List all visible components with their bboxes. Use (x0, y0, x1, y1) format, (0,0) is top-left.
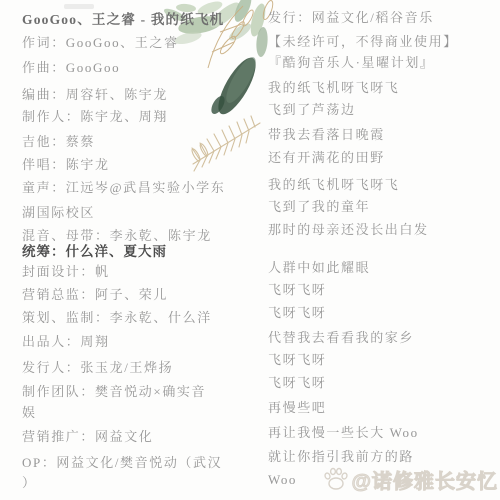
credit-line-marketing-director: 营销总监：阿子、荣儿 (22, 287, 168, 303)
lyric-line: 就让你指引我前方的路 (268, 449, 414, 465)
credit-line-child-voice-2: 湖国际校区 (22, 205, 95, 221)
credit-line-guitar: 吉他：蔡蔡 (22, 134, 95, 150)
lyric-line: 飞呀飞呀 (268, 305, 326, 321)
lyric-line: 还有开满花的田野 (268, 150, 385, 166)
song-credits-page: GooGoo、王之睿 - 我的纸飞机 作词：GooGoo、王之睿 作曲：GooG… (0, 0, 500, 500)
watermark: @诺修雅长安忆 (323, 464, 498, 494)
lyric-line: 我的纸飞机呀飞呀飞 (268, 177, 399, 193)
gold-fern-illustration (191, 116, 260, 171)
lyric-line: Woo (268, 472, 297, 488)
lyric-line: 再慢些吧 (268, 400, 326, 416)
credit-line-backing-vocal: 伴唱：陈宇龙 (22, 157, 110, 173)
smudge-mark (64, 4, 94, 9)
lyric-line: 飞到了我的童年 (268, 199, 370, 215)
credit-line-composer: 作曲：GooGoo (22, 60, 120, 76)
watermark-text: @诺修雅长安忆 (351, 465, 498, 494)
credit-line-child-voice: 童声：江远岑@武昌实验小学东 (22, 180, 225, 196)
lyric-line: 我的纸飞机呀飞呀飞 (268, 80, 399, 96)
paw-icon (323, 467, 349, 491)
credit-line-presenter: 出品人：周翔 (22, 334, 110, 350)
credit-line-lyricist: 作词：GooGoo、王之睿 (22, 35, 179, 51)
credit-line-coordinator: 统筹：什么洋、夏大雨 (22, 244, 167, 260)
lyric-line: 飞呀飞呀 (268, 282, 326, 298)
lyric-line: 飞呀飞呀 (268, 375, 326, 391)
credit-line-team-2: 娱 (22, 405, 37, 421)
lyric-line: 人群中如此耀眼 (268, 260, 370, 276)
song-title: GooGoo、王之睿 - 我的纸飞机 (22, 12, 224, 28)
lyric-line: 代替我去看看我的家乡 (268, 330, 414, 346)
gold-twig-illustration (208, 0, 275, 68)
program-badge: 『酷狗音乐人·星曜计划』 (268, 55, 435, 71)
lyric-line: 那时的母亲还没长出白发 (268, 222, 429, 238)
credit-line-producer: 制作人：陈宇龙、周翔 (22, 109, 168, 125)
credit-line-promotion: 营销推广：网益文化 (22, 429, 153, 445)
credit-line-op: OP：网益文化/樊音悦动（武汉 (22, 455, 222, 471)
credit-line-cover-design: 封面设计：帆 (22, 264, 110, 280)
dark-leaf-illustration (209, 53, 263, 119)
credit-line-arranger: 编曲：周容轩、陈宇龙 (22, 87, 168, 103)
credit-line-publisher: 发行人：张玉龙/王烨扬 (22, 360, 173, 376)
credit-line-op-2: ） (22, 475, 37, 491)
lyric-line: 再让我慢一些长大 Woo (268, 425, 419, 441)
license-notice: 【未经许可，不得商业使用】 (268, 34, 458, 50)
credit-line-mixing: 混音、母带：李永乾、陈宇龙 (22, 228, 212, 244)
lyric-line: 飞到了芦荡边 (268, 102, 356, 118)
credit-line-planning: 策划、监制：李永乾、什么洋 (22, 310, 212, 326)
credit-line-team: 制作团队：樊音悦动×确实音 (22, 384, 206, 400)
lyric-line: 带我去看落日晚霞 (268, 127, 385, 143)
credit-line-distribution: 发行：网益文化/稻谷音乐 (268, 10, 434, 26)
lyric-line: 飞呀飞呀 (268, 352, 326, 368)
